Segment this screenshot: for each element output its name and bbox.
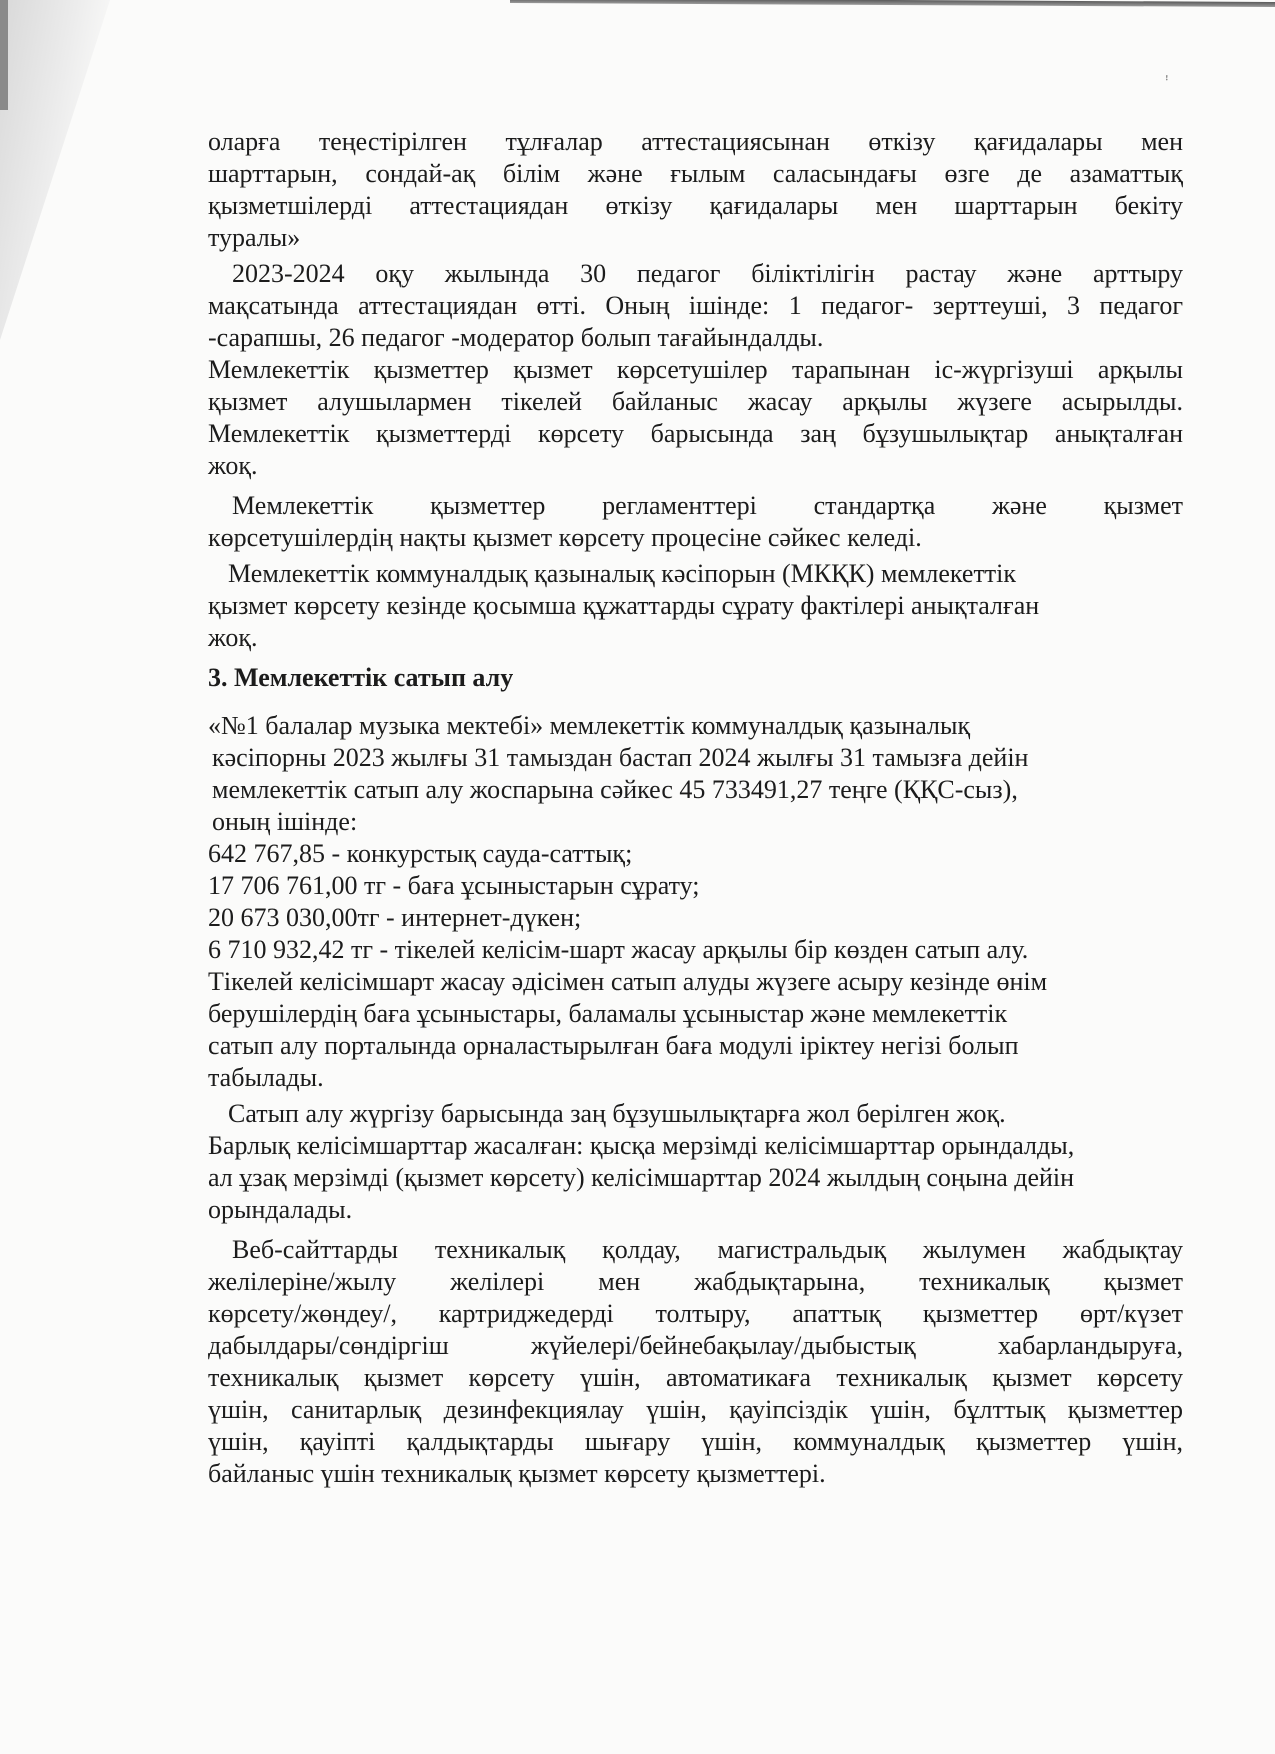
text-line: үшін, қауіпті қалдықтарды шығару үшін, к… bbox=[208, 1426, 1183, 1458]
services-list-paragraph: Веб-сайттарды техникалық қолдау, магистр… bbox=[208, 1234, 1183, 1490]
services-paragraph: Мемлекеттік қызметтер қызмет көрсетушіле… bbox=[208, 354, 1183, 482]
procurement-item: 6 710 932,42 тг - тікелей келісім-шарт ж… bbox=[208, 934, 1183, 966]
text-line: кәсіпорны 2023 жылғы 31 тамыздан бастап … bbox=[208, 742, 1183, 774]
text-line: табылады. bbox=[208, 1062, 1183, 1094]
text-line: байланыс үшін техникалық қызмет көрсету … bbox=[208, 1458, 1183, 1490]
text-line: 2023-2024 оқу жылында 30 педагог білікті… bbox=[208, 258, 1183, 290]
text-line: мемлекеттік сатып алу жоспарына сәйкес 4… bbox=[208, 774, 1183, 806]
text-line: мақсатында аттестациядан өтті. Оның ішін… bbox=[208, 290, 1183, 322]
text-line: туралы» bbox=[208, 222, 1183, 254]
scan-speck: ꜝ bbox=[1165, 76, 1169, 88]
text-line: орындалады. bbox=[208, 1194, 1183, 1226]
text-line: шарттарын, сондай-ақ білім және ғылым са… bbox=[208, 158, 1183, 190]
text-line: берушілердің баға ұсыныстары, баламалы ұ… bbox=[208, 998, 1183, 1030]
text-line: жоқ. bbox=[208, 622, 1183, 654]
continuation-paragraph: оларға теңестірілген тұлғалар аттестация… bbox=[208, 126, 1183, 254]
section-heading: 3. Мемлекеттік сатып алу bbox=[208, 662, 1183, 694]
procurement-item: 20 673 030,00тг - интернет-дүкен; bbox=[208, 902, 1183, 934]
text-line: Мемлекеттік қызметтер қызмет көрсетушіле… bbox=[208, 354, 1183, 386]
document-page: оларға теңестірілген тұлғалар аттестация… bbox=[208, 126, 1183, 1490]
mkkk-paragraph: Мемлекеттік коммуналдық қазыналық кәсіпо… bbox=[208, 558, 1183, 654]
scan-corner-fold bbox=[0, 0, 110, 340]
text-line: «№1 балалар музыка мектебі» мемлекеттік … bbox=[208, 710, 1183, 742]
procurement-intro: «№1 балалар музыка мектебі» мемлекеттік … bbox=[208, 710, 1183, 838]
text-line: желілеріне/жылу желілері мен жабдықтарын… bbox=[208, 1266, 1183, 1298]
text-line: көрсетушілердің нақты қызмет көрсету про… bbox=[208, 522, 1183, 554]
text-line: ал ұзақ мерзімді (қызмет көрсету) келісі… bbox=[208, 1162, 1183, 1194]
scan-top-edge bbox=[510, 0, 1275, 7]
text-line: қызмет көрсету кезінде қосымша құжаттард… bbox=[208, 590, 1183, 622]
procurement-items-list: 642 767,85 - конкурстық сауда-саттық; 17… bbox=[208, 838, 1183, 966]
text-line: Барлық келісімшарттар жасалған: қысқа ме… bbox=[208, 1130, 1183, 1162]
text-line: жоқ. bbox=[208, 450, 1183, 482]
procurement-item: 642 767,85 - конкурстық сауда-саттық; bbox=[208, 838, 1183, 870]
violations-paragraph: Сатып алу жүргізу барысында заң бұзушылы… bbox=[208, 1098, 1183, 1226]
text-line: техникалық қызмет көрсету үшін, автомати… bbox=[208, 1362, 1183, 1394]
text-line: Мемлекеттік қызметтер регламенттері стан… bbox=[208, 490, 1183, 522]
direct-contract-paragraph: Тікелей келісімшарт жасау әдісімен сатып… bbox=[208, 966, 1183, 1094]
regulations-paragraph: Мемлекеттік қызметтер регламенттері стан… bbox=[208, 490, 1183, 554]
attestation-paragraph: 2023-2024 оқу жылында 30 педагог білікті… bbox=[208, 258, 1183, 354]
text-line: көрсету/жөндеу/, картриджедерді толтыру,… bbox=[208, 1298, 1183, 1330]
text-line: сатып алу порталында орналастырылған бағ… bbox=[208, 1030, 1183, 1062]
text-line: Мемлекеттік коммуналдық қазыналық кәсіпо… bbox=[208, 558, 1183, 590]
scan-edge bbox=[0, 0, 8, 110]
text-line: Сатып алу жүргізу барысында заң бұзушылы… bbox=[208, 1098, 1183, 1130]
text-line: қызметшілерді аттестациядан өткізу қағид… bbox=[208, 190, 1183, 222]
text-line: қызмет алушылармен тікелей байланыс жаса… bbox=[208, 386, 1183, 418]
text-line: дабылдары/сөндіргіш жүйелері/бейнебақыла… bbox=[208, 1330, 1183, 1362]
text-line: Веб-сайттарды техникалық қолдау, магистр… bbox=[208, 1234, 1183, 1266]
text-line: оның ішінде: bbox=[208, 806, 1183, 838]
text-line: Тікелей келісімшарт жасау әдісімен сатып… bbox=[208, 966, 1183, 998]
text-line: -сарапшы, 26 педагог -модератор болып та… bbox=[208, 322, 1183, 354]
text-line: үшін, санитарлық дезинфекциялау үшін, қа… bbox=[208, 1394, 1183, 1426]
text-line: Мемлекеттік қызметтерді көрсету барысынд… bbox=[208, 418, 1183, 450]
procurement-item: 17 706 761,00 тг - баға ұсыныстарын сұра… bbox=[208, 870, 1183, 902]
text-line: оларға теңестірілген тұлғалар аттестация… bbox=[208, 126, 1183, 158]
